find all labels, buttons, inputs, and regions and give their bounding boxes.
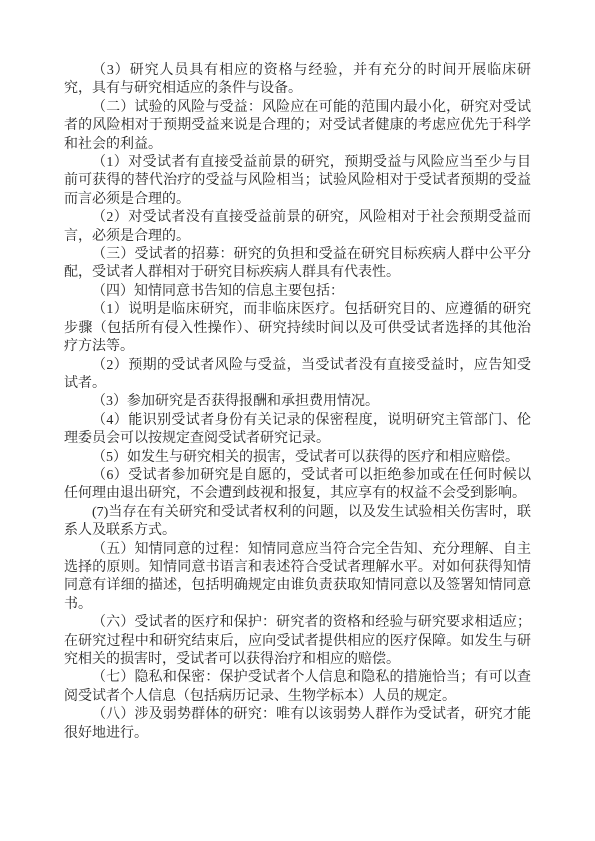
paragraph: （1）对受试者有直接受益前景的研究，预期受益与风险应当至少与目前可获得的替代治疗… [64,154,531,209]
document-body: （3）研究人员具有相应的资格与经验，并有充分的时间开展临床研究，具有与研究相适应… [64,62,531,743]
paragraph: （5）如发生与研究相关的损害，受试者可以获得的医疗和相应赔偿。 [64,449,531,467]
paragraph: （3）研究人员具有相应的资格与经验，并有充分的时间开展临床研究，具有与研究相适应… [64,62,531,99]
paragraph: （2）预期的受试者风险与受益，当受试者没有直接受益时，应告知受试者。 [64,357,531,394]
document-page: （3）研究人员具有相应的资格与经验，并有充分的时间开展临床研究，具有与研究相适应… [0,0,595,841]
paragraph: （1）说明是临床研究，而非临床医疗。包括研究目的、应遵循的研究步骤（包括所有侵入… [64,301,531,356]
paragraph: （3）参加研究是否获得报酬和承担费用情况。 [64,393,531,411]
paragraph: （三）受试者的招募：研究的负担和受益在研究目标疾病人群中公平分配，受试者人群相对… [64,246,531,283]
paragraph: （八）涉及弱势群体的研究：唯有以该弱势人群作为受试者，研究才能很好地进行。 [64,706,531,743]
paragraph: (7)当存在有关研究和受试者权利的问题，以及发生试验相关伤害时，联系人及联系方式… [64,504,531,541]
paragraph: （2）对受试者没有直接受益前景的研究，风险相对于社会预期受益而言，必须是合理的。 [64,209,531,246]
paragraph: （五）知情同意的过程：知情同意应当符合完全告知、充分理解、自主选择的原则。知情同… [64,541,531,615]
paragraph: （二）试验的风险与受益：风险应在可能的范围内最小化，研究对受试者的风险相对于预期… [64,99,531,154]
paragraph: （七）隐私和保密：保护受试者个人信息和隐私的措施恰当；有可以查阅受试者个人信息（… [64,669,531,706]
paragraph: （4）能识别受试者身份有关记录的保密程度，说明研究主管部门、伦理委员会可以按规定… [64,412,531,449]
paragraph: （6）受试者参加研究是自愿的，受试者可以拒绝参加或在任何时候以任何理由退出研究，… [64,467,531,504]
paragraph: （四）知情同意书告知的信息主要包括： [64,283,531,301]
paragraph: （六）受试者的医疗和保护：研究者的资格和经验与研究要求相适应；在研究过程中和研究… [64,614,531,669]
